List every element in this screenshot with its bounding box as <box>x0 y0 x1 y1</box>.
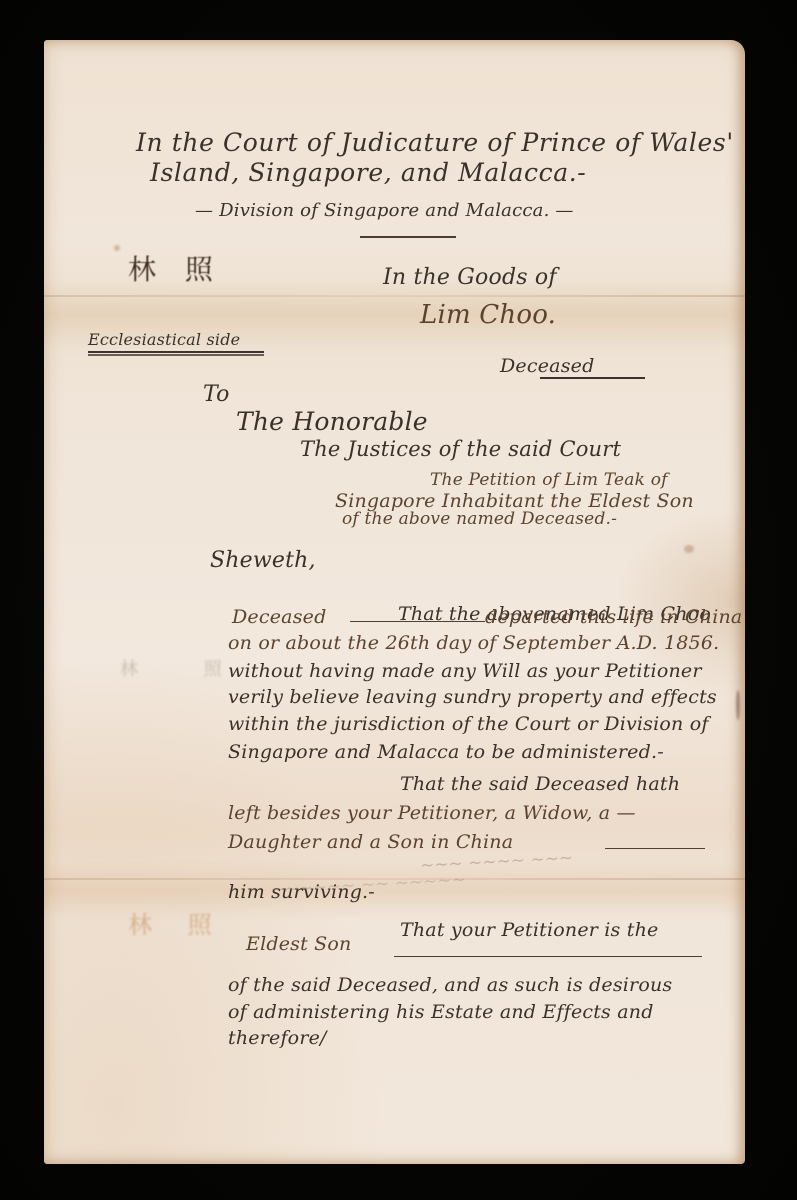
edge-stain <box>736 690 740 720</box>
sheweth: Sheweth, <box>210 548 316 573</box>
offset-stain-mark: 林 照 <box>128 905 226 940</box>
address-justices: The Justices of the said Court <box>300 437 621 461</box>
body-line: within the jurisdiction of the Court or … <box>228 713 709 735</box>
blank-rule <box>394 956 702 957</box>
heading-divider <box>360 236 456 238</box>
blank-rule <box>350 621 485 622</box>
blank-rule <box>605 848 705 849</box>
petitioner-line-1: The Petition of Lim Teak of <box>430 470 668 490</box>
death-date-line: on or about the 26th day of September A.… <box>228 632 719 654</box>
body-line: therefore/ <box>228 1027 327 1049</box>
address-to: To <box>203 382 230 407</box>
body-line: of administering his Estate and Effects … <box>228 1001 654 1023</box>
court-heading-line-2: Island, Singapore, and Malacca.- <box>150 158 586 187</box>
side-label-underline <box>88 351 264 353</box>
body-line: of the said Deceased, and as such is des… <box>228 974 672 996</box>
body-line: departed this life in China <box>485 606 742 628</box>
court-heading-line-1: In the Court of Judicature of Prince of … <box>136 128 734 157</box>
body-line: left besides your Petitioner, a Widow, a… <box>228 802 636 824</box>
body-line: Daughter and a Son in China <box>228 831 513 853</box>
body-line: That the said Deceased hath <box>400 773 680 795</box>
deceased-underline <box>540 377 645 379</box>
body-line: That your Petitioner is the <box>400 919 658 941</box>
division-heading: — Division of Singapore and Malacca. — <box>195 200 574 221</box>
ecclesiastical-side-label: Ecclesiastical side <box>88 330 240 349</box>
petitioner-line-3: of the above named Deceased.- <box>342 509 617 529</box>
body-line: Singapore and Malacca to be administered… <box>228 741 664 763</box>
body-line: him surviving.- <box>228 881 375 903</box>
body-line: Deceased <box>232 606 326 628</box>
fold-crease <box>44 295 745 297</box>
ink-spot <box>114 245 120 251</box>
body-line: Eldest Son <box>246 933 351 955</box>
deceased-name: Lim Choo. <box>420 300 556 330</box>
in-the-goods-of: In the Goods of <box>383 265 557 290</box>
ink-spot <box>684 545 694 553</box>
chinese-name-mark: 林 照 <box>128 248 223 288</box>
address-honorable: The Honorable <box>236 407 428 436</box>
faint-margin-mark: 林 照 <box>120 655 252 681</box>
body-line: without having made any Will as your Pet… <box>228 660 702 682</box>
deceased-label: Deceased <box>500 355 594 377</box>
body-line: verily believe leaving sundry property a… <box>228 686 717 708</box>
